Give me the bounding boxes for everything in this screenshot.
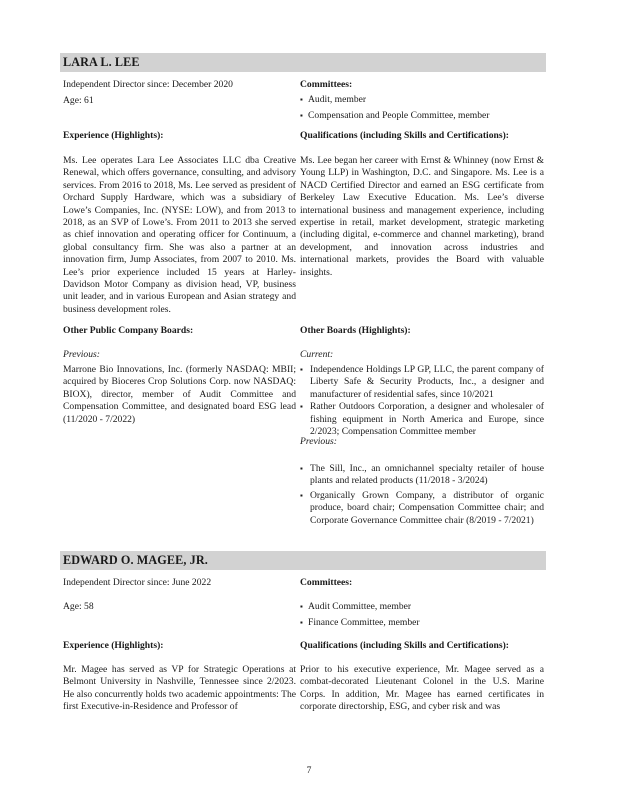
qualifications-label: Qualifications (including Skills and Cer… (300, 640, 544, 652)
public-boards-label: Other Public Company Boards: (63, 325, 297, 337)
director-name-header: EDWARD O. MAGEE, JR. (60, 551, 546, 570)
other-board-item: Organically Grown Company, a distributor… (300, 490, 544, 527)
experience-label: Experience (Highlights): (63, 640, 297, 652)
committee-item: Finance Committee, member (300, 617, 544, 629)
committee-item: Audit Committee, member (300, 601, 544, 613)
committee-item: Compensation and People Committee, membe… (300, 110, 544, 122)
other-board-item: Independence Holdings LP GP, LLC, the pa… (300, 364, 544, 401)
committees-list: Audit Committee, member Finance Committe… (300, 601, 544, 629)
other-boards-previous-list: The Sill, Inc., an omnichannel specialty… (300, 463, 544, 527)
director-since: Independent Director since: June 2022 (63, 577, 297, 589)
committees-label: Committees: (300, 577, 544, 589)
public-boards-previous-text: Marrone Bio Innovations, Inc. (formerly … (63, 364, 296, 426)
experience-label: Experience (Highlights): (63, 130, 297, 142)
experience-text: Ms. Lee operates Lara Lee Associates LLC… (63, 155, 296, 316)
experience-text: Mr. Magee has served as VP for Strategic… (63, 664, 296, 714)
director-since: Independent Director since: December 202… (63, 79, 297, 91)
other-boards-current-label: Current: (300, 349, 544, 361)
other-board-item: The Sill, Inc., an omnichannel specialty… (300, 463, 544, 488)
committees-label: Committees: (300, 79, 544, 91)
other-board-item: Rather Outdoors Corporation, a designer … (300, 401, 544, 438)
director-age: Age: 61 (63, 95, 297, 107)
other-boards-label: Other Boards (Highlights): (300, 325, 544, 337)
page-number: 7 (0, 765, 618, 777)
committees-section: Committees: Audit Committee, member Fina… (300, 577, 544, 629)
committee-item: Audit, member (300, 94, 544, 106)
committees-section: Committees: Audit, member Compensation a… (300, 79, 544, 122)
qualifications-label: Qualifications (including Skills and Cer… (300, 130, 544, 142)
director-name-header: LARA L. LEE (60, 53, 546, 72)
other-boards-previous-label: Previous: (300, 436, 544, 448)
committees-list: Audit, member Compensation and People Co… (300, 94, 544, 122)
qualifications-text: Ms. Lee began her career with Ernst & Wh… (300, 155, 544, 279)
public-boards-previous-label: Previous: (63, 349, 297, 361)
qualifications-text: Prior to his executive experience, Mr. M… (300, 664, 544, 714)
director-age: Age: 58 (63, 601, 297, 613)
other-boards-current-list: Independence Holdings LP GP, LLC, the pa… (300, 364, 544, 438)
